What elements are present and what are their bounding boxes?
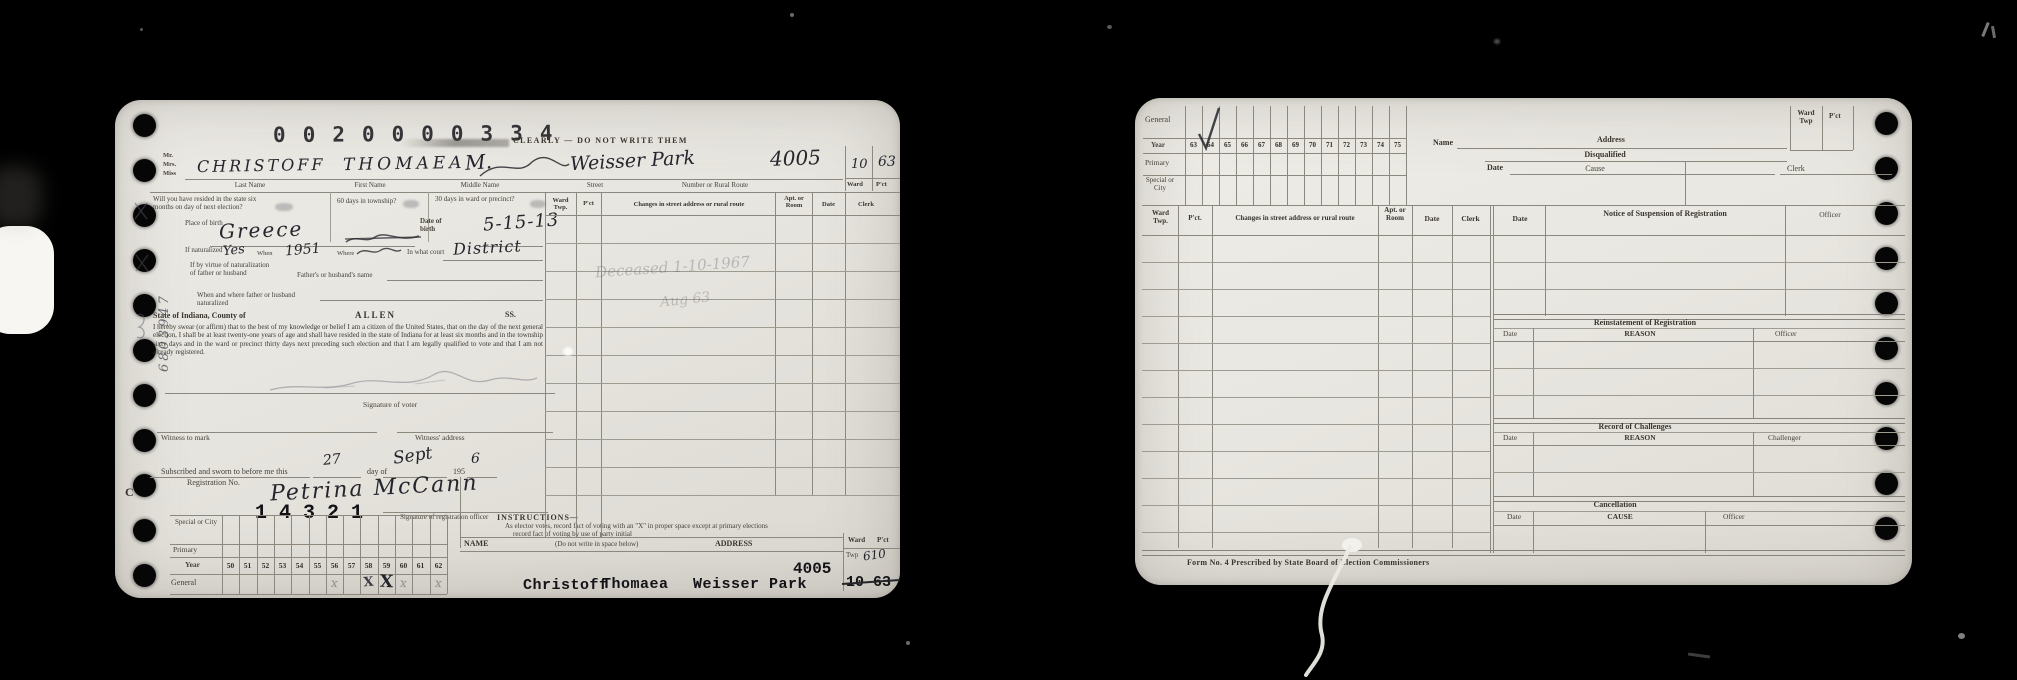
suspension-title: Notice of Suspension of Registration xyxy=(1545,210,1785,219)
sworn-day-entry: 27 xyxy=(322,451,341,469)
year-cell: 66 xyxy=(1236,141,1253,149)
rule xyxy=(1142,262,1490,263)
challenges-reason: REASON xyxy=(1575,434,1705,442)
cancellation-cause: CAUSE xyxy=(1565,513,1675,521)
label-witness-to-mark: Witness to mark xyxy=(161,434,210,442)
rule xyxy=(150,192,900,193)
rule xyxy=(545,243,900,244)
rule xyxy=(1142,343,1490,344)
rule xyxy=(1853,106,1854,150)
rule xyxy=(545,215,900,216)
rule xyxy=(460,537,843,538)
film-scratch xyxy=(1290,535,1380,680)
film-speck xyxy=(790,13,794,17)
punch-hole xyxy=(1875,157,1898,180)
rule xyxy=(1389,106,1390,205)
rule xyxy=(291,515,292,594)
col-clerk: Clerk xyxy=(846,201,886,208)
year-cell: 67 xyxy=(1253,141,1270,149)
rule xyxy=(274,515,275,594)
label-in-what-court: In what court xyxy=(407,249,444,257)
row-label-special: Special or City xyxy=(175,519,217,527)
reinstatement-date: Date xyxy=(1503,330,1517,338)
rule xyxy=(545,383,900,384)
label-ward-twp: Ward Twp xyxy=(1792,110,1820,125)
rule xyxy=(545,299,900,300)
rule xyxy=(1142,289,1490,290)
punch-hole xyxy=(1875,112,1898,135)
rule xyxy=(775,192,776,495)
rule xyxy=(1493,328,1905,329)
year-cell: 54 xyxy=(291,561,308,570)
place-of-birth-entry: Greece xyxy=(219,217,304,244)
rule xyxy=(812,192,813,495)
rule xyxy=(222,515,223,594)
rule xyxy=(545,355,900,356)
col-clerk: Clerk xyxy=(1453,215,1488,223)
label-name: Name xyxy=(1433,139,1453,148)
rule xyxy=(1142,205,1905,206)
rule xyxy=(1406,106,1407,205)
col-date: Date xyxy=(1414,215,1450,223)
typed-street: Weisser Park xyxy=(693,576,807,593)
reinstatement-title: Reinstatement of Registration xyxy=(1525,319,1765,328)
rule xyxy=(1142,397,1490,398)
oath-state-line: State of Indiana, County of xyxy=(153,312,246,321)
rule xyxy=(1493,432,1905,433)
rule xyxy=(1485,161,1787,162)
question-resided-state: Will you have resided in the state six m… xyxy=(153,196,261,211)
rule xyxy=(1142,532,1490,533)
label-address: Address xyxy=(1597,136,1625,145)
rule xyxy=(170,594,447,595)
rule xyxy=(1493,262,1905,263)
rule xyxy=(1142,424,1490,425)
year-cell: 73 xyxy=(1355,141,1372,149)
rule xyxy=(1785,205,1786,316)
rule xyxy=(1545,205,1546,316)
year-cell: 52 xyxy=(257,561,274,570)
year-cell: 57 xyxy=(343,561,360,570)
rule xyxy=(1142,451,1490,452)
film-speck xyxy=(140,28,143,31)
rule xyxy=(1143,175,1406,176)
film-speck xyxy=(1958,633,1965,639)
label-twp: Twp xyxy=(846,552,858,560)
rule xyxy=(1533,511,1534,553)
typed-last-name: Christoff xyxy=(523,577,609,594)
rule xyxy=(387,280,543,281)
rule xyxy=(1493,395,1905,396)
rule xyxy=(1142,478,1490,479)
year-cell: 62 xyxy=(430,561,447,570)
rule xyxy=(1212,205,1213,548)
rule xyxy=(1185,106,1186,205)
rule xyxy=(1142,505,1490,506)
year-cell: 58 xyxy=(360,561,377,570)
prefix-mr: Mr. xyxy=(163,152,173,159)
vote-mark: X xyxy=(377,572,395,593)
year-cell: 74 xyxy=(1372,141,1389,149)
punch-hole xyxy=(1875,472,1898,495)
vote-mark: x xyxy=(429,575,448,591)
label-address-col: ADDRESS xyxy=(715,540,752,549)
cancellation-date: Date xyxy=(1507,513,1521,521)
rule xyxy=(1338,106,1339,205)
rule xyxy=(1457,148,1787,149)
street-entry: Weisser Park xyxy=(570,147,696,176)
rule xyxy=(1493,511,1905,512)
rule xyxy=(1143,153,1406,154)
label-number-rural-route: Number or Rural Route xyxy=(655,182,775,190)
reinstatement-reason: REASON xyxy=(1575,330,1705,338)
faint-date-note: Aug 63 xyxy=(659,289,711,310)
row-label-general: General xyxy=(1145,116,1170,125)
rule xyxy=(1705,511,1706,553)
rule xyxy=(1780,174,1892,175)
col-date: Date xyxy=(813,201,844,208)
label-ward: Ward xyxy=(847,181,863,188)
question-60-days-township: 60 days in township? xyxy=(337,198,399,206)
faint-answer-mark xyxy=(275,203,293,211)
label-pct-bottom: P'ct xyxy=(877,537,889,545)
year-cell: 50 xyxy=(222,561,239,570)
rule xyxy=(1355,106,1356,205)
registration-card-back: General Year Primary Special or City 63 … xyxy=(1135,98,1912,585)
rule xyxy=(545,439,900,440)
rule xyxy=(1493,341,1905,342)
label-no-write-below: (Do not write in space below) xyxy=(555,541,638,549)
label-clerk: Clerk xyxy=(1787,165,1805,174)
middle-initial-flourish xyxy=(477,152,572,180)
label-ward-bottom: Ward xyxy=(848,537,865,545)
naturalized-year-entry: 1951 xyxy=(284,240,321,259)
film-speck xyxy=(906,641,910,645)
label-pct-top: P'ct xyxy=(1829,113,1841,121)
punch-hole xyxy=(133,429,156,452)
rule xyxy=(239,515,240,594)
col-ward-twp: Ward Twp. xyxy=(1144,210,1177,225)
label-father-naturalization: If by virtue of naturalization of father… xyxy=(190,262,272,277)
year-cell: 60 xyxy=(395,561,412,570)
punch-hole xyxy=(133,519,156,542)
prefix-mrs: Mrs. xyxy=(163,161,176,168)
rule xyxy=(845,146,846,191)
rule xyxy=(1321,106,1322,205)
label-middle-name: Middle Name xyxy=(440,182,520,190)
year-cell: 56 xyxy=(326,561,343,570)
label-pct: P'ct xyxy=(876,181,887,188)
vote-mark: x xyxy=(394,575,413,591)
col-date-right: Date xyxy=(1497,215,1543,223)
rule xyxy=(1493,525,1905,526)
prefix-miss: Miss xyxy=(163,170,176,177)
row-label-year: Year xyxy=(185,561,200,569)
label-cause: Cause xyxy=(1565,165,1625,174)
film-scuff xyxy=(1981,22,1989,37)
typed-number: 4005 xyxy=(793,560,831,578)
rule xyxy=(443,260,543,261)
print-smudge xyxy=(401,139,509,147)
rule xyxy=(309,515,310,594)
year-cell: 59 xyxy=(378,561,395,570)
first-name-entry: THOMAEA xyxy=(343,153,466,175)
rule xyxy=(1510,174,1775,175)
label-signature-of-voter: Signature of voter xyxy=(363,401,417,409)
label-father-when-naturalized: When and where father or husband natural… xyxy=(197,292,315,307)
col-ward-twp: Ward Twp. xyxy=(546,197,575,211)
rule xyxy=(257,515,258,594)
house-number-entry: 4005 xyxy=(770,145,822,171)
col-apt-room: Apt. or Room xyxy=(1380,207,1410,222)
rule xyxy=(1253,106,1254,205)
vote-check-mark xyxy=(1193,104,1225,154)
film-light-leak xyxy=(0,226,54,334)
oath-ss: SS. xyxy=(505,311,516,320)
label-date: Date xyxy=(1487,164,1503,173)
row-label-general: General xyxy=(171,579,196,588)
label-disqualified: Disqualified xyxy=(1555,151,1655,160)
rule xyxy=(1143,138,1406,139)
vote-mark: x xyxy=(325,575,344,591)
rule xyxy=(320,300,543,301)
label-name-col: NAME xyxy=(464,540,488,549)
rule xyxy=(1533,328,1534,418)
punch-hole xyxy=(1875,292,1898,315)
rule xyxy=(545,411,900,412)
rule xyxy=(330,192,331,242)
court-entry: District xyxy=(453,236,523,259)
label-street: Street xyxy=(560,182,630,190)
punch-hole xyxy=(133,564,156,587)
col-apt-room: Apt. or Room xyxy=(777,195,811,209)
question-30-days-ward: 30 days in ward or precinct? xyxy=(435,196,515,204)
faint-answer-mark xyxy=(403,200,419,208)
typed-first-name: Thomaea xyxy=(602,576,669,593)
year-cell: 70 xyxy=(1304,141,1321,149)
edge-letter: C xyxy=(125,486,134,499)
rule xyxy=(872,146,873,191)
challenges-date: Date xyxy=(1503,434,1517,442)
ward-entry: 10 xyxy=(851,157,868,172)
oath-text: I hereby swear (or affirm) that to the b… xyxy=(153,323,543,356)
row-label-primary: Primary xyxy=(173,546,197,554)
rule xyxy=(1372,106,1373,205)
cancellation-officer: Officer xyxy=(1723,513,1745,521)
rule xyxy=(185,179,843,180)
rule xyxy=(545,467,900,468)
naturalized-entry: Yes xyxy=(222,242,245,259)
col-pct: P'ct xyxy=(577,200,600,207)
county-entry: ALLEN xyxy=(355,311,396,321)
film-scuff xyxy=(1991,26,1996,38)
rule xyxy=(845,192,846,495)
rule xyxy=(1178,205,1179,548)
rule xyxy=(1533,432,1534,496)
rule xyxy=(1790,106,1791,150)
rule xyxy=(1493,472,1905,473)
year-cell: 55 xyxy=(309,561,326,570)
rule xyxy=(1493,368,1905,369)
col-changes: Changes in street address or rural route xyxy=(1215,215,1375,223)
microfilm-scan: 6803947 0020000334 CLEARLY — DO NOT WRIT… xyxy=(0,0,2017,680)
rule xyxy=(1142,370,1490,371)
film-scuff xyxy=(1688,652,1710,658)
rule xyxy=(1753,328,1754,418)
rule xyxy=(1790,150,1853,151)
section-divider xyxy=(1142,550,1905,556)
reinstatement-officer: Officer xyxy=(1775,330,1797,338)
do-not-write-note: CLEARLY — DO NOT WRITE THEM xyxy=(513,137,688,146)
label-sworn-before: Subscribed and sworn to before me this xyxy=(161,468,288,477)
rule xyxy=(1236,106,1237,205)
film-speck xyxy=(1494,39,1500,44)
rule xyxy=(165,393,555,394)
challenges-challenger: Challenger xyxy=(1768,434,1801,442)
voter-signature-scribble xyxy=(265,366,545,394)
year-cell: 71 xyxy=(1321,141,1338,149)
punch-hole xyxy=(133,114,156,137)
cancellation-title: Cancellation xyxy=(1515,501,1715,510)
rule xyxy=(1412,205,1413,548)
rule xyxy=(1142,235,1905,236)
where-scribble xyxy=(355,244,403,258)
rule xyxy=(1490,205,1491,553)
punch-hole xyxy=(1875,382,1898,405)
sworn-year-entry: 6 xyxy=(471,451,480,467)
label-father-name: Father's or husband's name xyxy=(297,272,372,280)
rule xyxy=(1304,106,1305,205)
label-last-name: Last Name xyxy=(210,182,290,190)
rule xyxy=(1142,316,1490,317)
rule xyxy=(460,551,843,552)
rule xyxy=(1753,432,1754,496)
rule xyxy=(1493,445,1905,446)
label-registration-no: Registration No. xyxy=(187,479,240,488)
year-cell: 75 xyxy=(1389,141,1406,149)
row-label-year: Year xyxy=(1151,142,1165,150)
label-when: When xyxy=(257,250,273,257)
year-cell: 53 xyxy=(274,561,291,570)
challenges-title: Record of Challenges xyxy=(1525,423,1745,432)
twp-note-entry: 610 xyxy=(862,546,887,563)
year-cell: 68 xyxy=(1270,141,1287,149)
film-bright-spot xyxy=(563,347,573,356)
year-cell: 61 xyxy=(412,561,429,570)
rule xyxy=(545,495,900,496)
label-date-of-birth: Date of birth xyxy=(420,218,456,233)
punch-hole xyxy=(133,159,156,182)
last-name-entry: CHRISTOFF xyxy=(197,155,326,176)
registration-card-front: 6803947 0020000334 CLEARLY — DO NOT WRIT… xyxy=(115,100,900,598)
rule xyxy=(1270,106,1271,205)
margin-marks xyxy=(131,195,153,375)
punch-hole xyxy=(1875,247,1898,270)
label-where: Where xyxy=(337,250,354,257)
faint-deceased-note: Deceased 1-10-1967 xyxy=(595,253,751,282)
rule xyxy=(1287,106,1288,205)
rule xyxy=(1822,106,1823,150)
punch-hole xyxy=(1875,517,1898,540)
film-speck xyxy=(1107,25,1112,29)
rule xyxy=(1452,205,1453,548)
col-officer: Officer xyxy=(1790,211,1870,219)
col-pct: P'ct. xyxy=(1180,215,1210,223)
rule xyxy=(1685,161,1686,205)
vote-mark: X xyxy=(359,574,377,590)
date-of-birth-entry: 5-15-13 xyxy=(482,209,560,235)
rule xyxy=(845,178,900,179)
year-cell: 51 xyxy=(239,561,256,570)
label-first-name: First Name xyxy=(330,182,410,190)
row-label-primary: Primary xyxy=(1145,159,1169,167)
punch-hole xyxy=(133,384,156,407)
rule xyxy=(1493,289,1905,290)
sworn-month-entry: Sept xyxy=(392,443,434,468)
year-cell: 72 xyxy=(1338,141,1355,149)
col-changes: Changes in street address or rural route xyxy=(604,201,774,208)
pct-entry: 63 xyxy=(878,154,896,170)
label-witness-address: Witness' address xyxy=(415,434,465,442)
rule xyxy=(1378,205,1379,548)
film-light-leak-glow xyxy=(0,166,42,228)
faint-answer-mark xyxy=(530,200,546,208)
rule xyxy=(545,327,900,328)
punch-hole xyxy=(1875,427,1898,450)
year-cell: 69 xyxy=(1287,141,1304,149)
row-label-special: Special or City xyxy=(1143,177,1177,192)
